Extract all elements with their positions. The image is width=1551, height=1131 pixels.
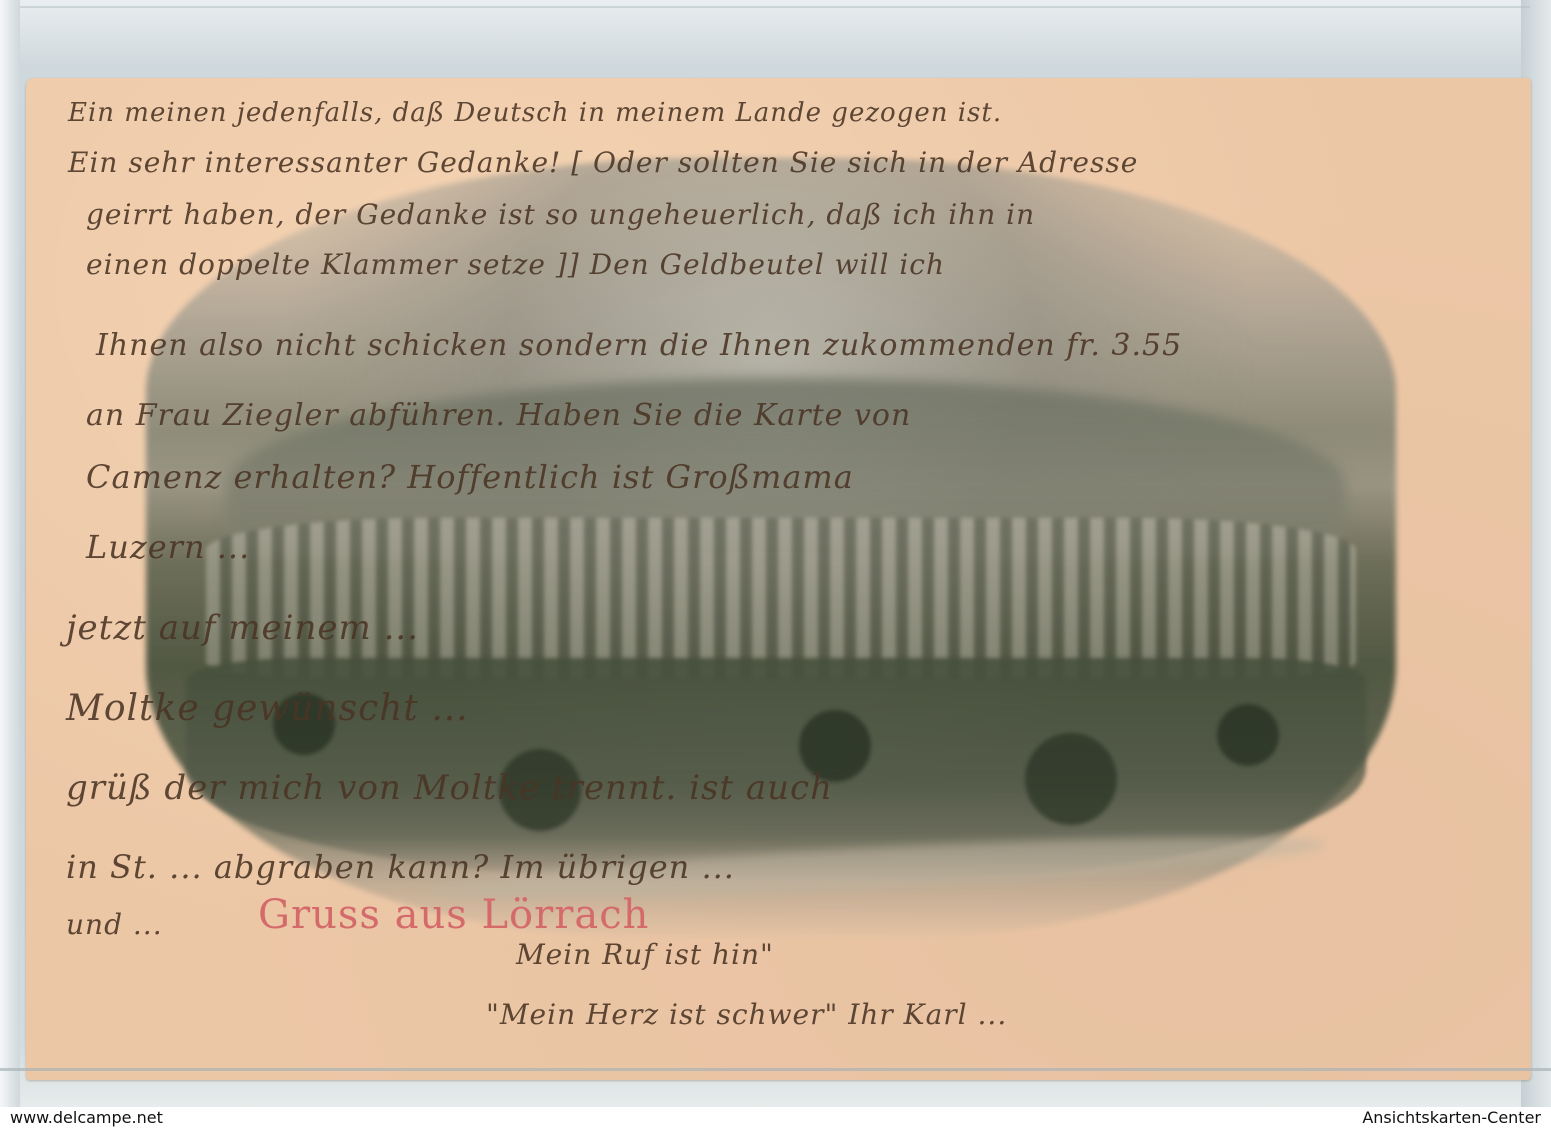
handwriting-line: und ...: [66, 908, 163, 941]
handwriting-line: einen doppelte Klammer setze ]] Den Geld…: [86, 248, 945, 281]
handwriting-line: Camenz erhalten? Hoffentlich ist Großmam…: [86, 458, 854, 496]
handwriting-line: grüß der mich von Moltke trennt. ist auc…: [66, 768, 833, 808]
sleeve-bottom-line: [0, 1068, 1551, 1071]
handwriting-line: geirrt haben, der Gedanke ist so ungeheu…: [86, 198, 1035, 231]
handwriting-line: Luzern ...: [86, 528, 250, 566]
handwriting-line: an Frau Ziegler abführen. Haben Sie die …: [86, 398, 911, 433]
sleeve-top-line: [20, 6, 1530, 8]
sleeve-edge-left: [0, 0, 20, 1107]
handwriting-line: Ein sehr interessanter Gedanke! [ Oder s…: [68, 146, 1138, 179]
handwriting-line: in St. ... abgraben kann? Im übrigen ...: [66, 848, 735, 886]
handwriting-line: Ein meinen jedenfalls, daß Deutsch in me…: [68, 98, 1002, 128]
handwriting-line: Ihnen also nicht schicken sondern die Ih…: [96, 328, 1182, 363]
watermark-delcampe: www.delcampe.net: [10, 1108, 163, 1127]
postcard-greeting: Gruss aus Lörrach: [258, 892, 649, 938]
photo-town-buildings: [206, 518, 1356, 678]
handwriting-line: jetzt auf meinem ...: [66, 608, 419, 648]
handwriting-line: Mein Ruf ist hin": [516, 938, 774, 971]
handwriting-line: "Mein Herz ist schwer" Ihr Karl ...: [486, 998, 1007, 1031]
handwriting-line: Moltke gewünscht ...: [66, 688, 469, 729]
postcard: Ein meinen jedenfalls, daß Deutsch in me…: [26, 78, 1531, 1080]
watermark-seller: Ansichtskarten-Center: [1362, 1108, 1541, 1127]
